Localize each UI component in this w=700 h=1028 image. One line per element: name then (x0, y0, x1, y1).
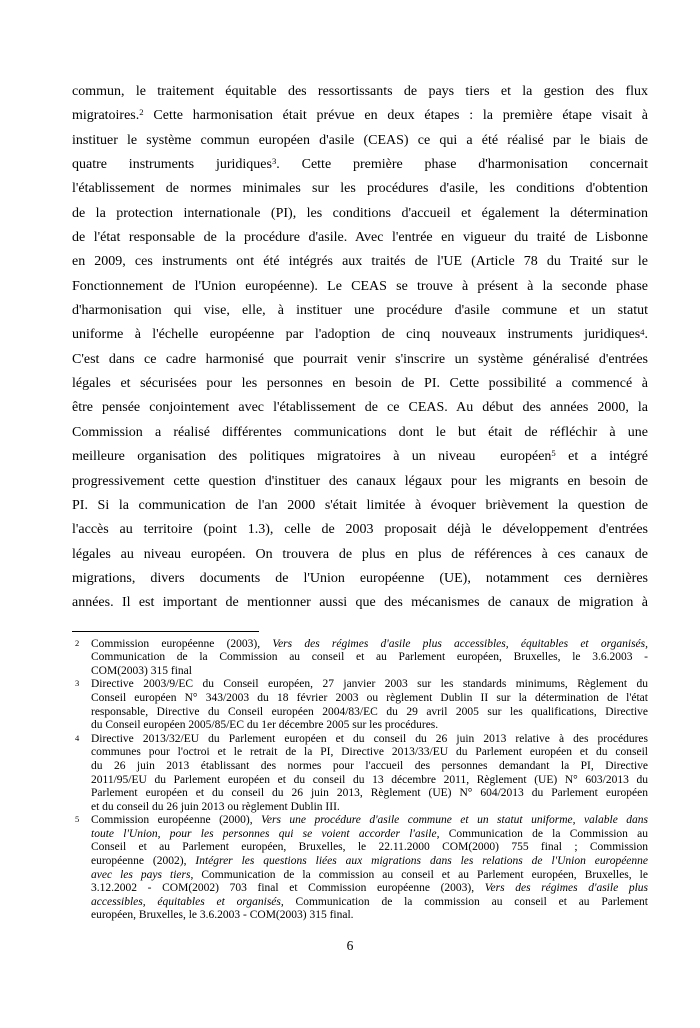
footnote-ref: 2 (139, 107, 143, 117)
footnote-ref: 5 (551, 448, 555, 458)
footnote-line: Parlement européen et du conseil du 26 j… (91, 787, 648, 801)
footnote-line: et du conseil du 26 juin 2013 ou règleme… (91, 801, 648, 815)
body-line: meilleure organisation des politiques mi… (72, 445, 648, 469)
footnote-line: européen, Bruxelles, le 3.6.2003 - COM(2… (91, 909, 648, 923)
footnote-separator (72, 631, 259, 632)
footnote-line: du 26 juin 2013 établissant des normes p… (91, 760, 648, 774)
footnote-number: 3 (75, 677, 79, 691)
footnote-number: 5 (75, 813, 79, 827)
body-line: uniforme à l'échelle européenne par l'ad… (72, 323, 648, 347)
body-line: quatre instruments juridiques3. Cette pr… (72, 153, 648, 177)
document-page: commun, le traitement équitable des ress… (0, 0, 700, 1028)
footnote: 2Commission européenne (2003), Vers des … (72, 638, 648, 679)
footnote-line: 2011/95/EU du Parlement européen et du c… (91, 774, 648, 788)
body-line: progressivement cette question d'institu… (72, 470, 648, 494)
footnote-line: Directive 2013/32/EU du Parlement europé… (91, 733, 648, 747)
body-line: migrations, divers documents de l'Union … (72, 567, 648, 591)
body-line: l'accès au territoire (point 1.3), celle… (72, 518, 648, 542)
footnote-line: Conseil européen N° 343/2003 du 18 févri… (91, 692, 648, 706)
footnote-number: 2 (75, 637, 79, 651)
footnote-line: 3.12.2002 - COM(2002) 703 final et Commi… (91, 882, 648, 896)
body-line: commun, le traitement équitable des ress… (72, 80, 648, 104)
body-line: PI. Si la communication de l'an 2000 s'é… (72, 494, 648, 518)
body-text: commun, le traitement équitable des ress… (72, 80, 648, 616)
body-line: légales et sécurisées pour les personnes… (72, 372, 648, 396)
body-line: de la protection internationale (PI), le… (72, 202, 648, 226)
footnote-line: du Conseil européen 2005/85/EC du 1er dé… (91, 719, 648, 733)
footnote-line: avec les pays tiers, Communication de la… (91, 869, 648, 883)
footnote: 3Directive 2003/9/EC du Conseil européen… (72, 678, 648, 732)
body-line: l'établissement de normes minimales sur … (72, 177, 648, 201)
footnote-line: accessibles, équitables et organisés, Co… (91, 896, 648, 910)
footnote-line: toute l'Union, pour les personnes qui se… (91, 828, 648, 842)
footnote-line: européenne (2002), Intégrer les question… (91, 855, 648, 869)
footnote-line: Commission européenne (2003), Vers des r… (91, 638, 648, 652)
body-line: légales au niveau européen. On trouvera … (72, 543, 648, 567)
page-content: commun, le traitement équitable des ress… (72, 80, 648, 923)
footnote-line: communes pour l'octroi et le retrait de … (91, 746, 648, 760)
footnote-ref: 3 (272, 156, 276, 166)
body-line: en 2009, ces instruments ont été intégré… (72, 250, 648, 274)
footnote: 5Commission européenne (2000), Vers une … (72, 814, 648, 923)
footnote-line: Commission européenne (2000), Vers une p… (91, 814, 648, 828)
footnotes-section: 2Commission européenne (2003), Vers des … (72, 638, 648, 923)
body-line: d'harmonisation qui vise, elle, à instit… (72, 299, 648, 323)
body-line: Fonctionnement de l'Union européenne). L… (72, 275, 648, 299)
body-line: migratoires.2 Cette harmonisation était … (72, 104, 648, 128)
footnote-ref: 4 (640, 327, 644, 337)
body-line: de l'état responsable de la procédure d'… (72, 226, 648, 250)
footnote-line: Conseil et au Parlement européen, Bruxel… (91, 841, 648, 855)
footnote: 4Directive 2013/32/EU du Parlement europ… (72, 733, 648, 815)
footnote-line: Communication de la Commission au consei… (91, 651, 648, 665)
footnote-line: responsable, Directive du Conseil europé… (91, 706, 648, 720)
body-line: être pensée conjointement avec l'établis… (72, 396, 648, 420)
footnote-number: 4 (75, 732, 79, 746)
body-line: années. Il est important de mentionner a… (72, 591, 648, 615)
body-line: Commission a réalisé différentes communi… (72, 421, 648, 445)
footnote-line: Directive 2003/9/EC du Conseil européen,… (91, 678, 648, 692)
page-number: 6 (0, 938, 700, 954)
body-line: instituer le système commun européen d'a… (72, 129, 648, 153)
body-line: C'est dans ce cadre harmonisé que pourra… (72, 348, 648, 372)
footnote-line: COM(2003) 315 final (91, 665, 648, 679)
